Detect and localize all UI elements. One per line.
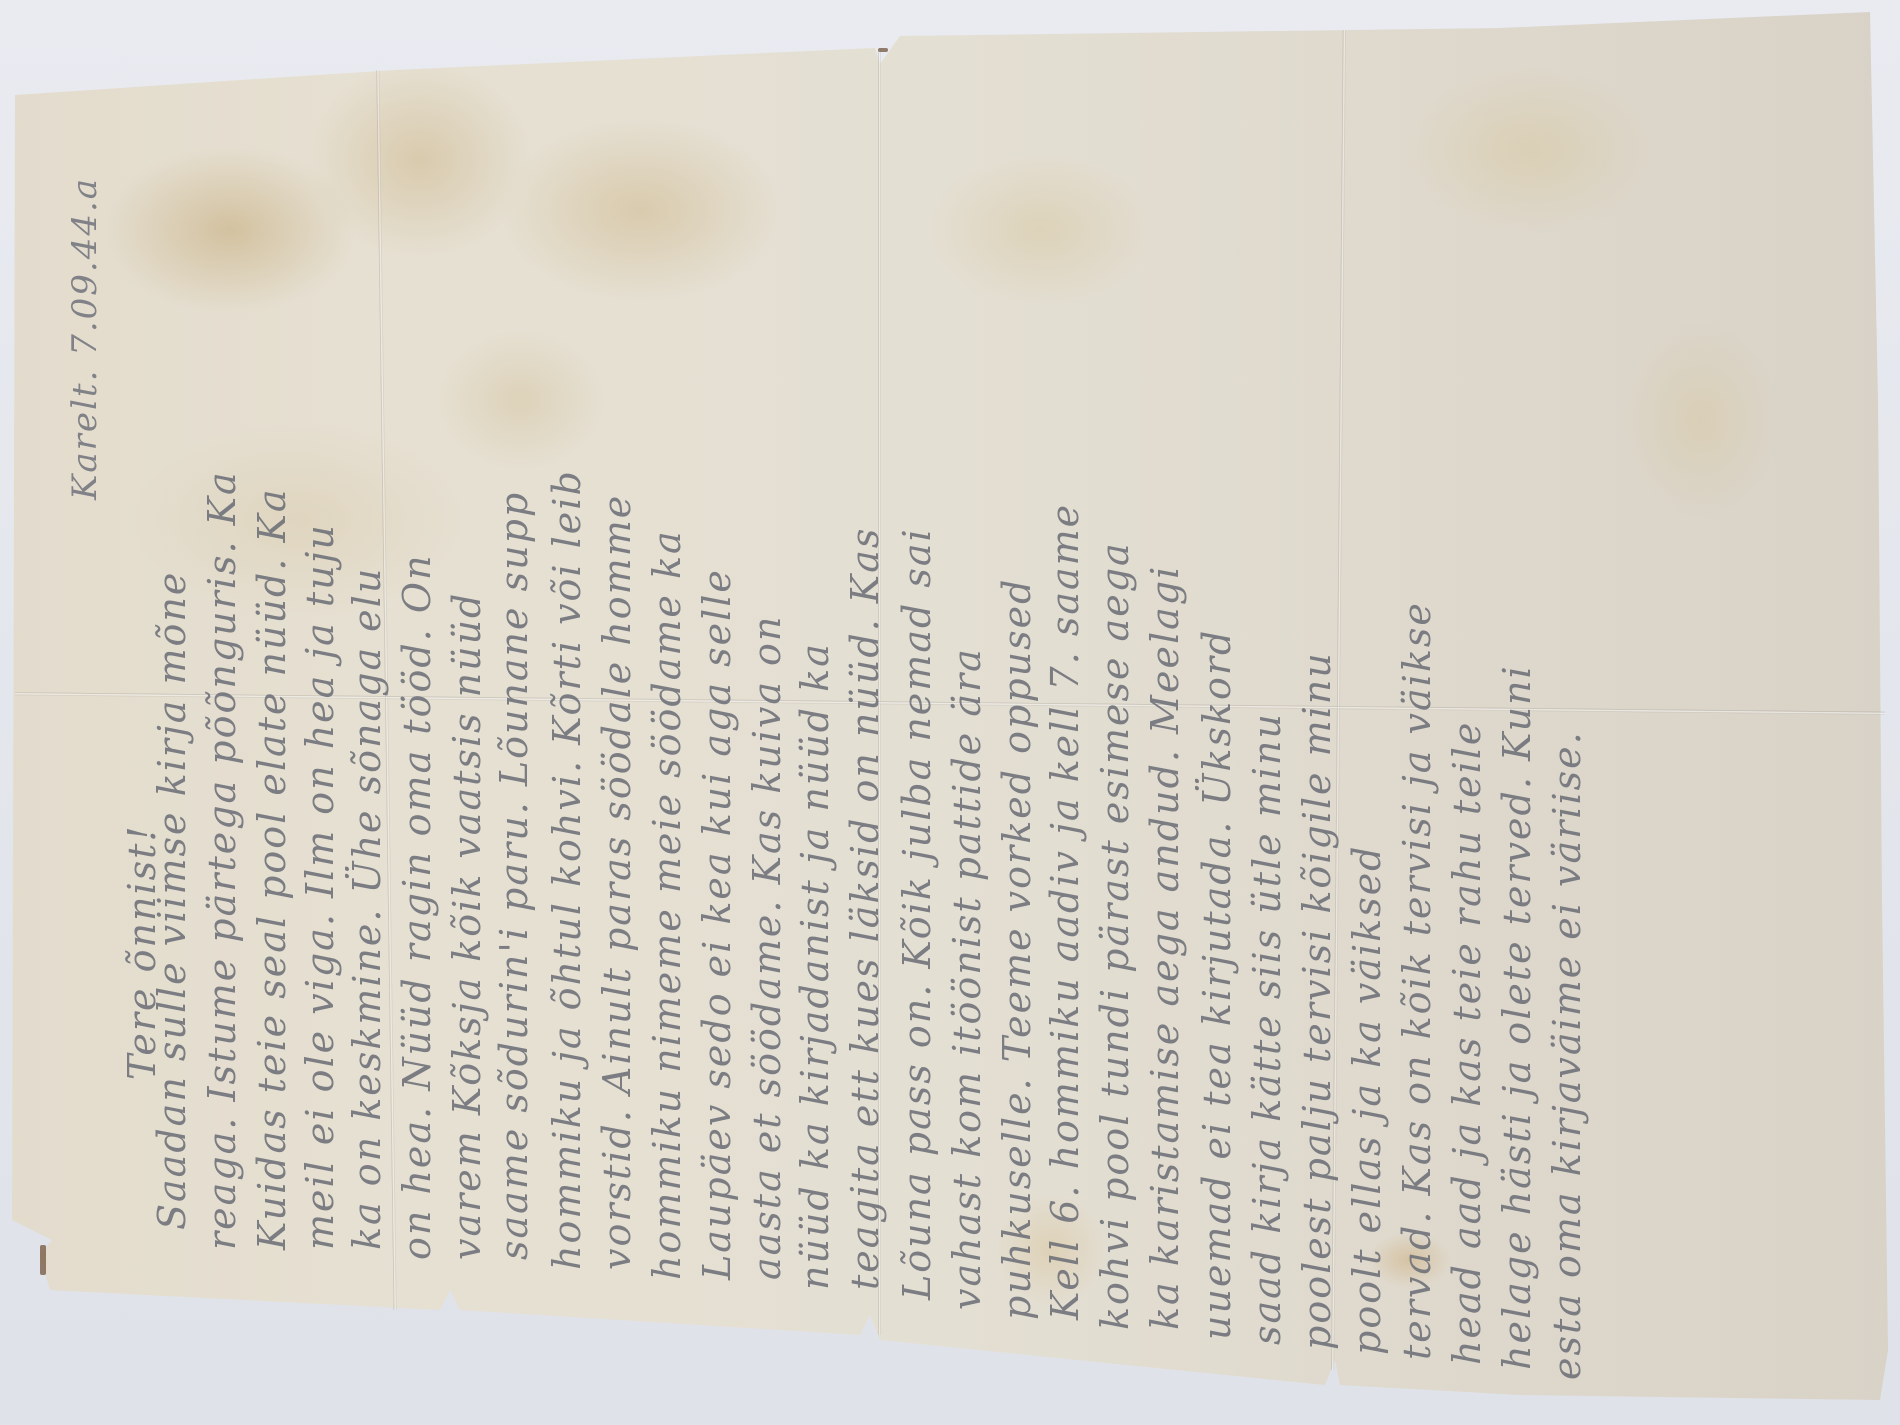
- letter-line: Laupäev sedo ei kea kui aga selle: [695, 568, 739, 1280]
- letter-line: hommiku ja õhtul kohvi. Kõrti või leib: [545, 469, 589, 1270]
- letter-line: head aad ja kas teie rahu teile: [1445, 721, 1489, 1365]
- letter-line: helage hästi ja olete terved. Kuni: [1495, 664, 1539, 1370]
- letter-line: hommiku nimeme meie söödame ka: [645, 529, 689, 1280]
- letter-line: varem Kõksja kõik vaatsis nüüd: [445, 592, 489, 1260]
- letter-line: esta oma kirjaväime ei väriise.: [1545, 730, 1589, 1380]
- letter-line: ka karistamise aega andud. Meelagi: [1143, 565, 1187, 1330]
- letter-line: Kuidas teie seal pool elate nüüd. Ka: [250, 488, 294, 1251]
- letter-line: uuemad ei tea kirjutada. Ükskord: [1195, 629, 1239, 1340]
- letter-line: vorstid. Ainult paras söödale homme: [595, 494, 639, 1270]
- letter-line: saame sõdurin'i paru. Lõunane supp: [492, 491, 536, 1260]
- letter-line: puhkuselle. Teeme vorked oppused: [995, 578, 1039, 1320]
- letter-line: saad kirja kätte siis ütle minu: [1245, 712, 1289, 1345]
- letter-line: vahast kom itöönist pattide ära: [945, 647, 989, 1310]
- letter-line: Lõuna pass on. Kõik julba nemad sai: [895, 527, 939, 1300]
- letter-line: meil ei ole viga. Ilm on hea ja tuju: [298, 523, 342, 1250]
- letter-line: reaga. Istume pärtega põõnguris. Ka: [200, 470, 244, 1250]
- letter-line: nüüd ka kirjadanist ja nüüd ka: [793, 642, 837, 1290]
- letter-line: Saadan sulle viimse kirja mõne: [150, 571, 194, 1230]
- letter-line: ka on keskmine. Ühe sõnaga elu: [345, 567, 389, 1250]
- letter-line: on hea. Nüüd ragin oma tööd. On: [395, 554, 439, 1260]
- letter-line: poolest palju tervisi kõigile minu: [1295, 651, 1339, 1350]
- letter-line: aasta et söödame. Kas kuiva on: [745, 615, 789, 1280]
- letter-line: kohvi pool tundi pärast esimese aega: [1093, 541, 1137, 1330]
- photo-background: Karelt. 7.09.44.a Tere õnnist! Saadan su…: [0, 0, 1900, 1425]
- letter-line: poolt ellas ja ka väiksed: [1345, 844, 1389, 1355]
- tear-mark: [40, 1245, 46, 1275]
- letter-line: Kell 6. hommiku aadiv ja kell 7. saame: [1043, 503, 1087, 1320]
- letter-line: teagita ett kues läksid on nüüd. Kas: [843, 527, 887, 1290]
- tear-mark: [878, 48, 888, 52]
- letter-line: tervad. Kas on kõik tervisi ja väikse: [1395, 601, 1439, 1360]
- letter-date: Karelt. 7.09.44.a: [65, 177, 105, 500]
